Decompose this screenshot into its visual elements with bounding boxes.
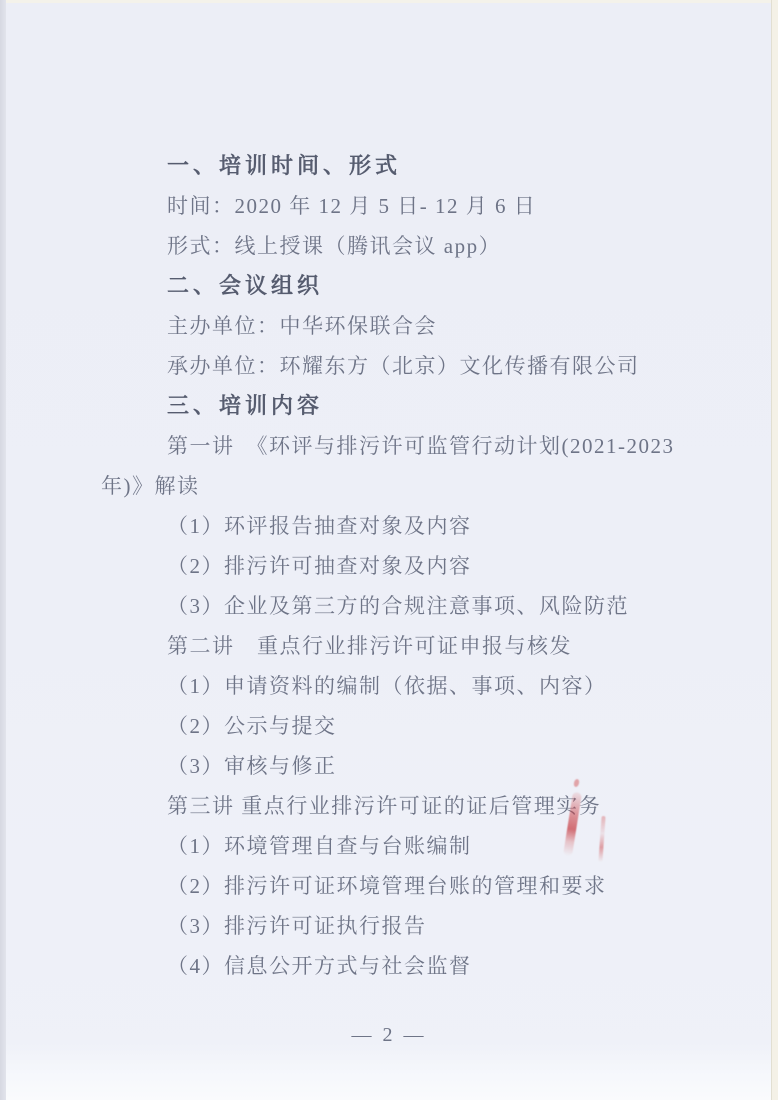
line-lecture2-item1: （1）申请资料的编制（依据、事项、内容） [101, 666, 741, 706]
document-body: 一、培训时间、形式 时间：2020 年 12 月 5 日- 12 月 6 日 形… [101, 146, 741, 986]
line-lecture1-item3: （3）企业及第三方的合规注意事项、风险防范 [101, 586, 741, 626]
line-lecture3-title: 第三讲 重点行业排污许可证的证后管理实务 [101, 786, 741, 826]
heading-meeting-organization: 二、会议组织 [101, 266, 741, 306]
line-lecture1-title: 第一讲 《环评与排污许可监管行动计划(2021-2023 [101, 426, 741, 466]
line-lecture2-item3: （3）审核与修正 [101, 746, 741, 786]
scan-bottom-shade [6, 1042, 771, 1100]
line-lecture1-title-continuation: 年)》解读 [101, 466, 741, 506]
line-lecture1-item1: （1）环评报告抽查对象及内容 [101, 506, 741, 546]
heading-training-content: 三、培训内容 [101, 386, 741, 426]
line-lecture3-item2: （2）排污许可证环境管理台账的管理和要求 [101, 866, 741, 906]
line-training-format: 形式：线上授课（腾讯会议 app） [101, 226, 741, 266]
heading-training-time-format: 一、培训时间、形式 [101, 146, 741, 186]
scan-edge-top [0, 0, 778, 3]
scan-edge-right [771, 0, 778, 1100]
scan-edge-left [0, 0, 6, 1100]
line-lecture3-item1: （1）环境管理自查与台账编制 [101, 826, 741, 866]
page-number: — 2 — [0, 1020, 778, 1050]
line-lecture2-title: 第二讲 重点行业排污许可证申报与核发 [101, 626, 741, 666]
line-organizer-unit: 承办单位：环耀东方（北京）文化传播有限公司 [101, 346, 741, 386]
line-lecture1-item2: （2）排污许可抽查对象及内容 [101, 546, 741, 586]
line-training-time: 时间：2020 年 12 月 5 日- 12 月 6 日 [101, 186, 741, 226]
line-lecture3-item4: （4）信息公开方式与社会监督 [101, 946, 741, 986]
line-host-unit: 主办单位：中华环保联合会 [101, 306, 741, 346]
scanned-document-page: 一、培训时间、形式 时间：2020 年 12 月 5 日- 12 月 6 日 形… [0, 0, 778, 1100]
line-lecture2-item2: （2）公示与提交 [101, 706, 741, 746]
line-lecture3-item3: （3）排污许可证执行报告 [101, 906, 741, 946]
